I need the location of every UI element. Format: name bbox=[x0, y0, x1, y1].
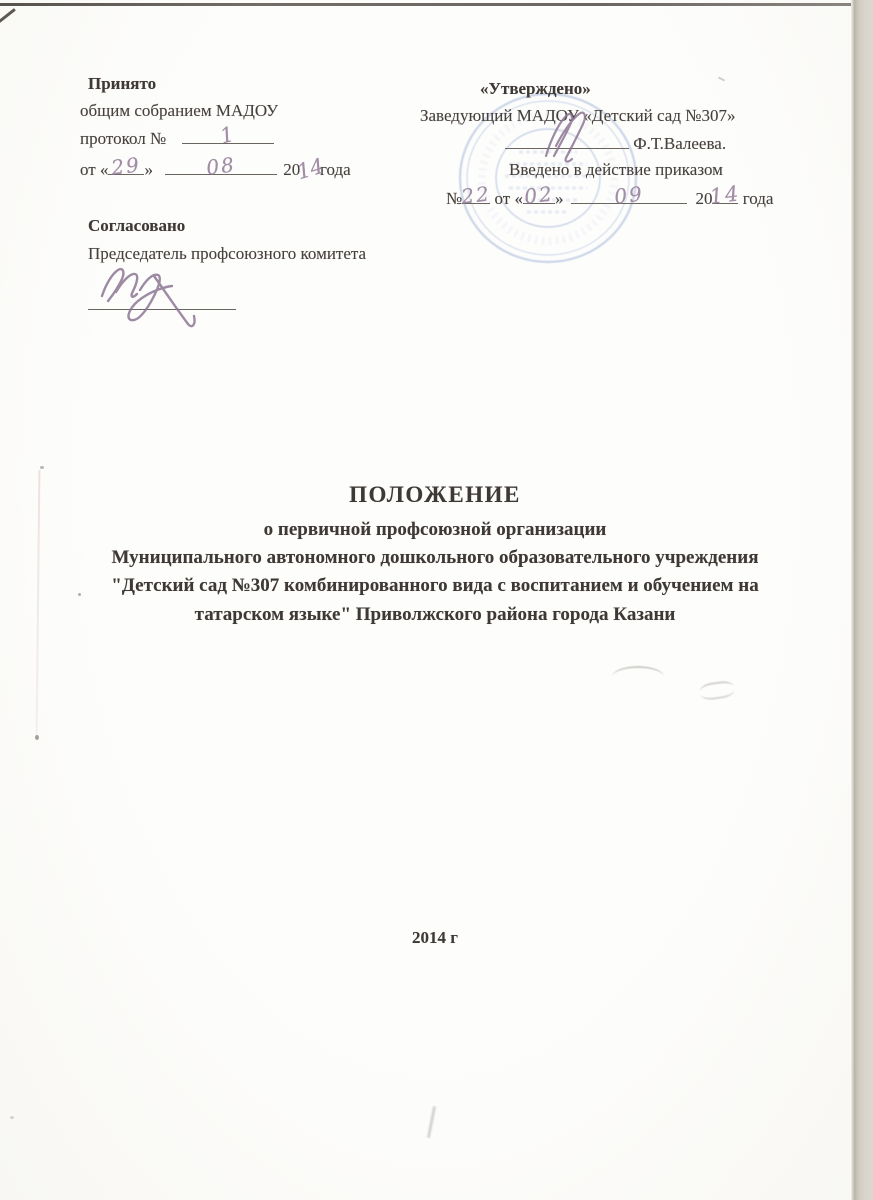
scan-speck bbox=[10, 1116, 14, 1119]
order-year-suffix: года bbox=[743, 189, 774, 208]
accepted-heading: Принято bbox=[88, 74, 156, 94]
signatory-name: Ф.Т.Валеева. bbox=[633, 134, 726, 153]
accepted-date-row: от «29» 08 2014года bbox=[80, 156, 351, 180]
scan-smudge bbox=[427, 1106, 436, 1138]
protocol-label: протокол № bbox=[80, 129, 166, 148]
scanned-document-page: Принято общим собранием МАДОУ протокол №… bbox=[0, 0, 873, 1200]
handwritten-year: 14 bbox=[294, 154, 326, 184]
scan-speck bbox=[40, 466, 44, 469]
handwritten-day: 29 bbox=[110, 152, 142, 179]
month-blank: 08 bbox=[165, 159, 277, 175]
accepted-line1: общим собранием МАДОУ bbox=[80, 101, 278, 121]
document-title: ПОЛОЖЕНИЕ bbox=[30, 482, 840, 508]
order-row: №22 от «02»092014 года bbox=[446, 188, 773, 209]
handwritten-order-day: 02 bbox=[523, 181, 555, 208]
order-quote-close: » bbox=[555, 189, 564, 208]
day-blank: 29 bbox=[108, 159, 144, 175]
order-intro: Введено в действие приказом bbox=[509, 160, 723, 180]
title-line-4: "Детский сад №307 комбинированного вида … bbox=[30, 572, 840, 600]
union-chairman-signature-scribble bbox=[92, 246, 254, 332]
agreed-heading: Согласовано bbox=[88, 216, 185, 236]
protocol-number-blank: 1 bbox=[182, 128, 274, 144]
order-number-blank: 22 bbox=[462, 188, 490, 204]
scan-speck bbox=[718, 76, 725, 81]
title-line-5: татарском языке" Приволжского района гор… bbox=[30, 601, 840, 629]
footer-year: 2014 г bbox=[30, 928, 840, 948]
scan-top-edge-line bbox=[0, 3, 855, 6]
handwritten-order-month: 09 bbox=[613, 181, 645, 208]
protocol-row: протокол № 1 bbox=[80, 128, 274, 149]
handwritten-month: 08 bbox=[205, 152, 237, 179]
title-block: ПОЛОЖЕНИЕ о первичной профсоюзной органи… bbox=[30, 482, 840, 629]
order-month-blank: 09 bbox=[571, 188, 687, 204]
scan-corner-mark bbox=[0, 8, 16, 23]
title-line-2: о первичной профсоюзной организации bbox=[30, 516, 840, 544]
director-signature-scribble bbox=[538, 108, 610, 163]
scan-speck bbox=[35, 735, 39, 740]
accepted-block: Принято bbox=[88, 74, 156, 94]
order-date-prefix: от « bbox=[494, 189, 522, 208]
handwritten-order-number: 22 bbox=[460, 181, 492, 208]
handwritten-protocol-number: 1 bbox=[218, 121, 239, 148]
handwritten-order-year: 14 bbox=[709, 181, 742, 209]
scan-smudge bbox=[699, 680, 735, 702]
quote-close: » bbox=[144, 160, 153, 179]
order-year-blank: 14 bbox=[712, 188, 738, 204]
date-prefix: от « bbox=[80, 160, 108, 179]
scan-smudge bbox=[612, 666, 664, 688]
approved-heading: «Утверждено» bbox=[480, 79, 591, 99]
scanner-edge-strip bbox=[851, 0, 873, 1200]
title-line-3: Муниципального автономного дошкольного о… bbox=[30, 544, 840, 572]
order-day-blank: 02 bbox=[523, 188, 555, 204]
